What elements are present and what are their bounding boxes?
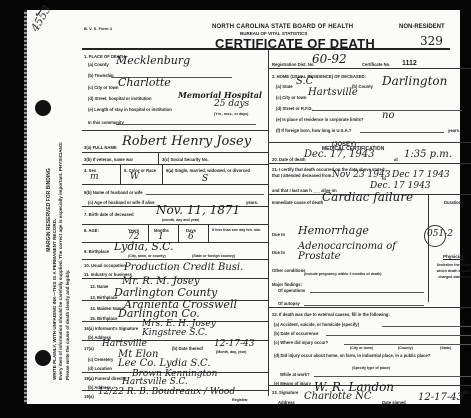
autopsy-line <box>304 305 424 306</box>
reg-dist-label: Registration Dist. No. <box>272 62 315 67</box>
attended-to-value: Dec 17 1943 <box>392 170 450 180</box>
foreign-unit: years. <box>448 128 460 133</box>
funeral-director-label: 18(a) Funeral director <box>84 376 127 381</box>
accident-line <box>382 326 471 327</box>
board-name: NORTH CAROLINA STATE BOARD OF HEALTH <box>212 24 353 30</box>
death-city-value: Charlotte <box>118 76 171 89</box>
death-date-label: 20. Date of death <box>272 157 306 162</box>
spouse-age-unit: years. <box>246 200 258 205</box>
other-conditions-label: Other conditions <box>272 268 306 273</box>
death-certificate-page: ✓ 4553 MARGIN RESERVED FOR BINDING WRITE… <box>24 10 460 404</box>
burial-date-hint: (Month, day, year) <box>216 350 246 354</box>
immediate-cause-value: Cardiac failure <box>322 191 422 203</box>
age-label: 8. AGE: <box>84 228 99 233</box>
spouse-label: 6(b) Name of husband or wife <box>84 190 143 195</box>
divider <box>268 142 471 143</box>
occupation-label: 10. Usual occupation <box>84 263 126 268</box>
divider <box>268 307 471 308</box>
due-to-label-2: Due to <box>272 250 285 255</box>
filed-value: 12/22 R. B. Boudreaux / Wood <box>98 387 235 397</box>
race-label: 5. Color or Race <box>124 168 156 173</box>
divider <box>82 259 268 260</box>
corporate-value: no <box>382 110 394 121</box>
classification-code: 051-2 <box>427 229 453 239</box>
res-city-value: Hartsville <box>308 87 358 98</box>
place-hint: (Specify type of place) <box>352 366 390 370</box>
cert-no-label: Certificate No. <box>362 62 390 67</box>
burial-place-value: Hartsville <box>102 339 147 349</box>
length-label: (e) Length of stay in hospital or instit… <box>88 107 172 112</box>
divider <box>82 184 268 185</box>
certificate-header: B. V. S. Form 4 NORTH CAROLINA STATE BOA… <box>82 10 450 50</box>
spouse-age-label: (c) Age of husband or wife if alive <box>88 200 155 205</box>
birth-value: Nov. 11, 1871 <box>156 203 240 217</box>
death-date-value: Dec. 17, 1943 <box>304 149 374 160</box>
informant-address-value: Kingstree S.C. <box>142 328 207 338</box>
birth-label: 7. Birth date of deceased <box>84 212 134 217</box>
margin-instructions: MARGIN RESERVED FOR BINDING WRITE PLAINL… <box>46 40 71 380</box>
burial-label: 17(a) <box>84 346 94 351</box>
operations-line <box>310 292 424 293</box>
corporate-label: (e) Is place of residence in corporate l… <box>276 117 364 122</box>
filed-label: 19(a) <box>84 394 94 399</box>
divider <box>82 130 268 131</box>
divider <box>268 68 471 69</box>
res-city-label: (c) City or town <box>276 95 306 100</box>
md-suffix: M.D. <box>462 390 471 395</box>
cemetery-label: (c) Cemetery <box>88 357 113 362</box>
divider <box>82 224 268 225</box>
length-value: 25 days <box>214 99 249 109</box>
column-divider <box>268 182 269 396</box>
informant-label: 16(a) Informant's Signature <box>84 326 138 331</box>
registrar-label: Registrar <box>232 398 248 402</box>
location-label: (d) Location <box>88 366 112 371</box>
father-name-label: 12. Name <box>90 284 108 289</box>
divider <box>162 164 163 184</box>
marital-value: S <box>202 174 208 184</box>
age-less-label: If less than one day hrs. min. <box>212 228 266 232</box>
major-findings-label: Major findings: <box>272 282 302 287</box>
where-line <box>344 344 471 345</box>
form-number: B. V. S. Form 4 <box>84 26 112 31</box>
certificate-title: CERTIFICATE OF DEATH <box>215 36 375 51</box>
county-label: (a) County <box>88 62 109 67</box>
length-hint: (Yrs., mos., or days) <box>214 112 248 116</box>
divider <box>82 164 268 165</box>
township-label: (b) Township <box>88 73 114 78</box>
res-state-label: (a) State <box>276 84 293 89</box>
where-hint-county: (County) <box>398 346 413 350</box>
at-work-line <box>314 376 471 377</box>
divider <box>158 152 159 164</box>
divider <box>208 224 209 242</box>
city-label: (c) City or town <box>88 85 118 90</box>
date-signed-label: Date signed <box>382 400 406 405</box>
birthplace-hint-2: (State or foreign country) <box>192 254 235 258</box>
divider <box>178 224 179 242</box>
divider <box>428 194 429 302</box>
signature-label: 23. Signature <box>272 390 298 395</box>
due-to-label-1: Due to <box>272 232 285 237</box>
duration-label: Duration <box>444 200 461 205</box>
reg-dist-value: 60-92 <box>312 52 347 66</box>
industry-value: Production Credit Busi. <box>124 262 243 273</box>
time-label: at <box>394 157 398 162</box>
res-street-label: (d) Street or R.F.D. <box>276 106 313 111</box>
foreign-label: (f) If foreign born, how long in U.S.A.? <box>276 128 351 133</box>
binding-strip <box>24 10 27 404</box>
operations-label: Of operations <box>278 288 305 293</box>
race-value: W <box>130 172 139 182</box>
autopsy-label: Of autopsy <box>278 301 300 306</box>
due-to-value-2: Adenocarcinoma of Prostate <box>298 242 408 262</box>
birth-hint: (month, day and year) <box>162 218 199 222</box>
divider <box>268 163 471 164</box>
veteran-label: 3(b) If veteran, name war <box>84 157 133 162</box>
full-name-value: Robert Henry Josey <box>122 134 251 149</box>
immediate-cause-label: Immediate cause of death <box>272 200 323 205</box>
burial-date-value: 12-17-43 <box>214 339 254 349</box>
other-conditions-hint: (Include pregnancy within 3 months of de… <box>304 272 381 276</box>
funeral-address-value: Hartsville S.C. <box>122 377 188 387</box>
certificate-form: B. V. S. Form 4 NORTH CAROLINA STATE BOA… <box>82 10 450 396</box>
divider <box>120 164 121 184</box>
birthplace-value: Lydia, S.C. <box>114 240 174 253</box>
birthplace-label: 9. Birthplace <box>84 249 109 254</box>
marital-label: 6(a) Single, married, widowed, or divorc… <box>166 168 266 173</box>
community-line <box>116 124 256 125</box>
stamp-number: 329 <box>420 34 443 48</box>
full-name-label: 3(a) FULL NAME <box>84 145 117 150</box>
physician-note-title: Physician <box>443 254 464 259</box>
residence-label: 2. HOME (USUAL RESIDENCE) OF DECEASED: <box>272 74 366 79</box>
where-label: (c) Where did injury occur? <box>274 340 328 345</box>
signature-address-label: Address <box>278 400 295 405</box>
signature-address-value: Charlotte NC <box>304 391 372 402</box>
occurrence-line <box>326 335 471 336</box>
file-number: 4553 <box>28 3 53 34</box>
divider <box>82 242 268 243</box>
birthplace-hint-1: (City, town, or county) <box>128 254 166 258</box>
ssn-label: 3(c) Social Security No. <box>162 157 209 162</box>
spouse-line <box>146 194 264 195</box>
at-work-label: While at work? <box>280 372 310 377</box>
sex-value: m <box>90 172 99 182</box>
age-days-value: 6 <box>188 232 194 242</box>
accident-label: (a) Accident, suicide, or homicide (spec… <box>274 322 359 327</box>
cert-no-value: 1112 <box>402 60 417 67</box>
due-to-value-1: Hemorrhage <box>298 224 369 237</box>
injury-place-label: (d) Did injury occur about home, on farm… <box>274 352 471 360</box>
death-county-value: Mecklenburg <box>116 54 190 67</box>
instruction-3: Please write the cause of death clearly … <box>65 40 71 380</box>
burial-date-label: (b) Date thereof <box>172 346 203 351</box>
non-resident-stamp: NON-RESIDENT <box>399 24 445 30</box>
where-hint-city: (City or town) <box>350 346 373 350</box>
external-causes-label: 22. If death was due to external causes,… <box>272 312 390 317</box>
divider <box>82 152 268 153</box>
date-signed-value: 12-17-43 <box>418 392 463 403</box>
res-county-value: Darlington <box>382 74 447 88</box>
street-label: (d) Street, hospital or institution <box>88 96 152 101</box>
occurrence-label: (b) Date of occurrence <box>274 331 318 336</box>
res-state-value: S.C <box>296 76 313 87</box>
location-value: Lee Co. Lydia S.C. <box>118 358 211 369</box>
physician-note: Underline the cause to which death shoul… <box>432 262 471 280</box>
where-hint-state: (State) <box>440 346 451 350</box>
time-value: 1:35 p.m. <box>404 149 452 160</box>
foreign-line <box>360 132 444 133</box>
